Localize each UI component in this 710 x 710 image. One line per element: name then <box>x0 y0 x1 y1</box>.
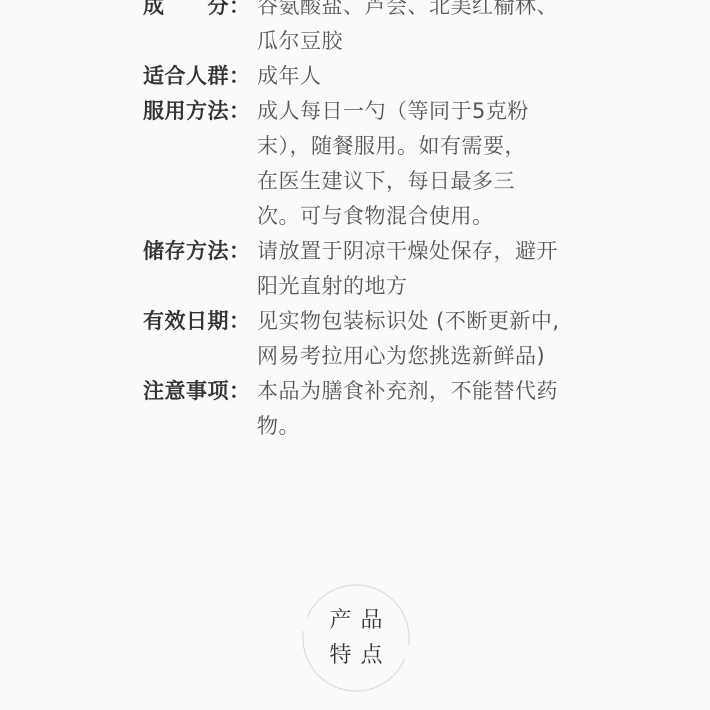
spec-value: 见实物包装标识处 (不断更新中, 网易考拉用心为您挑选新鲜品) <box>257 304 562 374</box>
spec-label: 储存方法： <box>143 234 257 269</box>
spec-label: 服用方法： <box>143 94 257 129</box>
spec-value: 成人每日一勺（等同于5克粉 末），随餐服用。如有需要， 在医生建议下，每日最多三… <box>257 94 562 234</box>
product-features-badge: 产品 特点 <box>302 584 410 692</box>
spec-row-expiry: 有效日期： 见实物包装标识处 (不断更新中, 网易考拉用心为您挑选新鲜品) <box>143 304 562 374</box>
spec-row-storage: 储存方法： 请放置于阴凉干燥处保存，避开 阳光直射的地方 <box>143 234 562 304</box>
spec-row-precautions: 注意事项： 本品为膳食补充剂，不能替代药 物。 <box>143 374 562 444</box>
spec-row-ingredients: 成 分： 谷氨酸盐、芦会、北美红榆林、 瓜尔豆胶 <box>143 0 562 59</box>
spec-value: 谷氨酸盐、芦会、北美红榆林、 瓜尔豆胶 <box>257 0 562 59</box>
spec-value: 请放置于阴凉干燥处保存，避开 阳光直射的地方 <box>257 234 562 304</box>
badge-title-line2: 特点 <box>302 638 410 673</box>
spec-row-usage: 服用方法： 成人每日一勺（等同于5克粉 末），随餐服用。如有需要， 在医生建议下… <box>143 94 562 234</box>
product-spec-list: 成 分： 谷氨酸盐、芦会、北美红榆林、 瓜尔豆胶 适合人群： 成年人 服用方法：… <box>143 0 562 444</box>
spec-value: 成年人 <box>257 59 562 94</box>
badge-title-line1: 产品 <box>302 603 410 638</box>
spec-label: 注意事项： <box>143 374 257 409</box>
spec-label: 适合人群： <box>143 59 257 94</box>
spec-row-suitable-for: 适合人群： 成年人 <box>143 59 562 94</box>
spec-label: 成 分： <box>143 0 257 24</box>
spec-value: 本品为膳食补充剂，不能替代药 物。 <box>257 374 562 444</box>
spec-label: 有效日期： <box>143 304 257 339</box>
badge-title: 产品 特点 <box>302 603 410 673</box>
